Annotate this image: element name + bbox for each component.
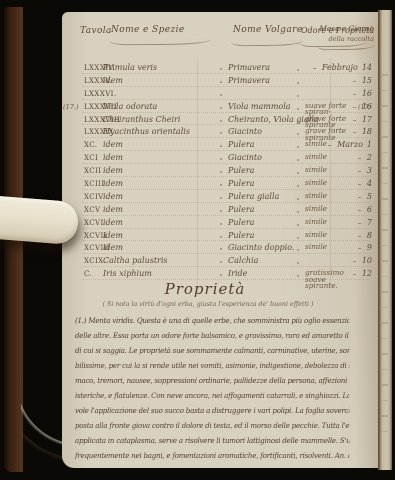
day-number: 2: [367, 153, 372, 162]
common-name: Pulera: [228, 231, 254, 240]
scent-note: simile: [305, 141, 327, 148]
species-name: idem: [103, 153, 123, 162]
paragraph-line: maco, tremori, nausee, soppressioni ordi…: [75, 373, 349, 388]
properties-note: ( Si nota la virtù d'ogni erba, giusta l…: [62, 301, 354, 308]
collection-date: 17: [362, 115, 372, 124]
common-name: Pulera: [228, 218, 254, 227]
properties-paragraph: (1.) Menta viridis. Questa è una di quel…: [75, 313, 370, 463]
month-label: Marzo: [337, 140, 363, 149]
day-number: 5: [367, 192, 372, 201]
species-name: Cheiranthus Cheiri: [103, 115, 180, 124]
species-name: idem: [103, 231, 123, 240]
row-number: C.: [84, 270, 92, 278]
common-name: Pulera: [228, 166, 254, 175]
day-number: 12: [362, 269, 372, 278]
collection-date: 18: [362, 127, 372, 136]
table-rows: LXXXIV. Primula veris Primavera Febbrajo…: [62, 62, 372, 281]
table-row: LXXXIV. Primula veris Primavera Febbrajo…: [62, 62, 372, 75]
day-number: 1: [367, 140, 372, 149]
collection-date: Febbrajo14: [322, 63, 372, 72]
header-nome-volgare: Nome Volgare: [233, 25, 303, 35]
scent-note: simile: [305, 232, 327, 239]
day-number: 17: [362, 115, 372, 124]
paragraph-line: isteriche, e flatulenze. Con neve ancora…: [75, 388, 349, 403]
collection-date: 4: [367, 179, 372, 188]
species-name: idem: [103, 166, 123, 175]
paragraph-line: di cui si saggia. Le proprietà sue somma…: [75, 343, 349, 358]
book-photo: Tavola Nome e Spezie Nome Volgare Odore …: [0, 0, 395, 480]
common-name: Giacinto: [228, 153, 262, 162]
common-name: Iride: [228, 269, 247, 278]
underline-flourish: [231, 40, 303, 46]
scent-note: simile: [305, 180, 327, 187]
collection-date: Marzo1: [337, 140, 372, 149]
scent-note: simile: [305, 193, 327, 200]
common-name: Pulera: [228, 140, 254, 149]
table-row: LXXXV. idem Primavera 15: [62, 75, 372, 88]
species-name: idem: [103, 218, 123, 227]
underline-flourish: [317, 44, 375, 50]
common-name: Pulera gialla: [228, 192, 279, 201]
day-number: 18: [362, 127, 372, 136]
day-number: 4: [367, 179, 372, 188]
species-name: idem: [103, 205, 123, 214]
table-row: XCII idem Pulera simile 3: [62, 165, 372, 178]
month-label: Febbrajo: [322, 63, 358, 72]
collection-date: 15: [362, 76, 372, 85]
collection-date: 8: [367, 231, 372, 240]
collection-date: 10: [362, 256, 372, 265]
facing-page-text-bleed: [382, 60, 388, 440]
common-name: Pulera: [228, 205, 254, 214]
day-number: 3: [367, 166, 372, 175]
page-content: Tavola Nome e Spezie Nome Volgare Odore …: [62, 12, 378, 468]
table-row: LXXXIX Hyacinthus orientalis Giacinto gr…: [62, 126, 372, 139]
collection-date: 5: [367, 192, 372, 201]
table-row: (17.) LXXXVII Viola odorata Viola mammol…: [62, 101, 372, 114]
paragraph-line: frequentemente nei bagni, e fomentazioni…: [75, 448, 349, 463]
table-row: XCV idem Pulera simile 6: [62, 204, 372, 217]
species-name: Caltha palustris: [103, 256, 168, 265]
row-margin-note: (17.): [63, 103, 79, 111]
day-number: 8: [367, 231, 372, 240]
species-name: idem: [103, 76, 123, 85]
common-name: Giacinto: [228, 127, 262, 136]
table-row: LXXXVI. 16: [62, 88, 372, 101]
collection-date: 12: [362, 269, 372, 278]
day-number: 6: [367, 205, 372, 214]
paragraph-line: posta alla fronte giova contro il dolore…: [75, 418, 349, 433]
common-name: Primavera: [228, 63, 270, 72]
collection-date: 6: [367, 205, 372, 214]
scent-note: simile: [305, 244, 327, 251]
species-name: idem: [103, 192, 123, 201]
species-name: idem: [103, 179, 123, 188]
day-number: 14: [362, 63, 372, 72]
collection-date: 9: [367, 243, 372, 252]
collection-date: 16: [362, 89, 372, 98]
common-name: Pulera: [228, 179, 254, 188]
paragraph-line: delle altre. Essa porta un odore forte b…: [75, 328, 349, 343]
row-number: XCVI: [84, 219, 104, 227]
table-row: XC. idem Pulera simile Marzo1: [62, 139, 372, 152]
day-number: 16: [362, 89, 372, 98]
row-number: XCIII: [84, 180, 105, 188]
table-row: XCIV idem Pulera gialla simile 5: [62, 191, 372, 204]
collection-date: 3: [367, 166, 372, 175]
manuscript-page: Tavola Nome e Spezie Nome Volgare Odore …: [62, 12, 378, 468]
row-number: LXXXVI.: [84, 90, 116, 98]
day-number: 7: [367, 218, 372, 227]
paragraph-line: (1.) Menta viridis. Questa è una di quel…: [75, 313, 349, 328]
table-row: XCIII idem Pulera simile 4: [62, 178, 372, 191]
species-name: idem: [103, 243, 123, 252]
common-name: Giacinto doppio.: [228, 243, 294, 252]
common-name: Calchia: [228, 256, 258, 265]
day-number: 10: [362, 256, 372, 265]
table-row: XCVI idem Pulera simile 7: [62, 217, 372, 230]
underline-flourish: [109, 39, 211, 45]
species-name: Primula veris: [103, 63, 157, 72]
header-mese-giorno: Mese e Giorno: [319, 24, 374, 33]
header-tavola: Tavola: [80, 26, 112, 36]
day-number: 15: [362, 76, 372, 85]
day-number: 16: [362, 102, 372, 111]
common-name: Primavera: [228, 76, 270, 85]
row-number: XCI: [84, 154, 98, 162]
table-row: XCVII idem Pulera simile 8: [62, 230, 372, 243]
common-name: Viola mammola: [228, 102, 291, 111]
scent-note: simile: [305, 206, 327, 213]
day-number: 9: [367, 243, 372, 252]
paragraph-line: bilissime, per cui la si rende utile nei…: [75, 358, 349, 373]
collection-date: 2: [367, 153, 372, 162]
header-nome-e-spezie: Nome e Spezie: [111, 25, 185, 35]
species-name: idem: [103, 140, 123, 149]
paragraph-line: vole l'applicazione del suo succo basta …: [75, 403, 349, 418]
table-row: XCI idem Giacinto simile 2: [62, 152, 372, 165]
row-number: XCIV: [84, 193, 104, 201]
species-name: Viola odorata: [103, 102, 157, 111]
properties-heading: Proprietà: [62, 280, 348, 298]
scent-note: simile: [305, 154, 327, 161]
table-row: XCVIII idem Giacinto doppio. simile 9: [62, 242, 372, 255]
row-number: XC.: [84, 141, 97, 149]
scent-note: simile: [305, 167, 327, 174]
table-row: LXXXVIII Cheiranthus Cheiri Cheiranto, V…: [62, 114, 372, 127]
collection-date: 7: [367, 218, 372, 227]
table-row: XCIX. Caltha palustris Calchia 10: [62, 255, 372, 268]
collection-date: 16: [362, 102, 372, 111]
paragraph-line: applicata in cataplasma, serve a risolve…: [75, 433, 349, 448]
scent-note: simile: [305, 219, 327, 226]
row-number: XCII: [84, 167, 101, 175]
species-name: Hyacinthus orientalis: [103, 127, 190, 136]
row-number: XCV: [84, 206, 100, 214]
species-name: Iris xiphium: [103, 269, 152, 278]
